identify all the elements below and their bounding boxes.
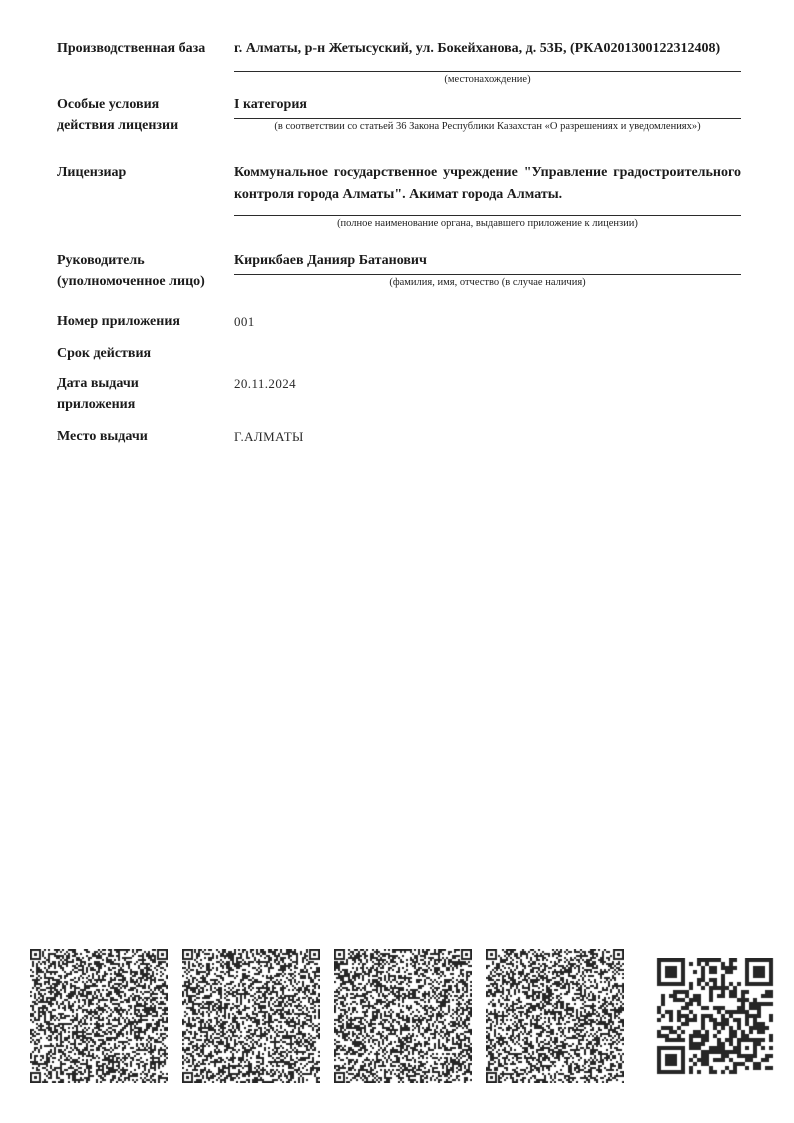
digital-stamp-4 <box>486 949 624 1083</box>
field-row-issue-place: Место выдачи Г.АЛМАТЫ <box>57 426 741 448</box>
field-row-validity-period: Срок действия <box>57 343 741 364</box>
digital-stamp-2 <box>182 949 320 1083</box>
digital-signature-strip <box>0 947 794 1087</box>
field-label: Особые условия действия лицензии <box>57 94 234 136</box>
special-conditions-value: I категория <box>234 94 741 116</box>
field-label: Место выдачи <box>57 426 234 448</box>
field-label: Производственная база <box>57 38 234 87</box>
issue-place-value: Г.АЛМАТЫ <box>234 426 741 448</box>
field-row-annex-number: Номер приложения 001 <box>57 311 741 333</box>
field-row-special-conditions: Особые условия действия лицензии I катег… <box>57 94 741 136</box>
field-caption: (фамилия, имя, отчество (в случае наличи… <box>234 275 741 290</box>
field-label: Номер приложения <box>57 311 234 333</box>
field-row-head: Руководитель (уполномоченное лицо) Кирик… <box>57 250 741 292</box>
issue-date-value: 20.11.2024 <box>234 373 741 395</box>
field-caption: (местонахождение) <box>234 72 741 87</box>
field-label: Дата выдачи приложения <box>57 373 234 415</box>
field-caption: (полное наименование органа, выдавшего п… <box>234 216 741 231</box>
qr-code <box>655 958 775 1075</box>
head-name-value: Кирикбаев Данияр Батанович <box>234 250 741 272</box>
field-caption: (в соответствии со статьей 36 Закона Рес… <box>234 119 741 134</box>
digital-stamp-3 <box>334 949 472 1083</box>
document-fields: Производственная база г. Алматы, р-н Жет… <box>57 38 741 448</box>
digital-stamp-1 <box>30 949 168 1083</box>
field-label: Срок действия <box>57 343 234 364</box>
field-row-issue-date: Дата выдачи приложения 20.11.2024 <box>57 373 741 415</box>
production-base-value: г. Алматы, р-н Жетысуский, ул. Бокейхано… <box>234 38 741 60</box>
field-label: Лицензиар <box>57 162 234 231</box>
annex-number-value: 001 <box>234 311 741 333</box>
field-label: Руководитель (уполномоченное лицо) <box>57 250 234 292</box>
licensor-value: Коммунальное государственное учреждение … <box>234 162 741 206</box>
field-row-licensor: Лицензиар Коммунальное государственное у… <box>57 162 741 231</box>
field-row-production-base: Производственная база г. Алматы, р-н Жет… <box>57 38 741 87</box>
license-annex-page: Производственная база г. Алматы, р-н Жет… <box>0 0 794 1123</box>
